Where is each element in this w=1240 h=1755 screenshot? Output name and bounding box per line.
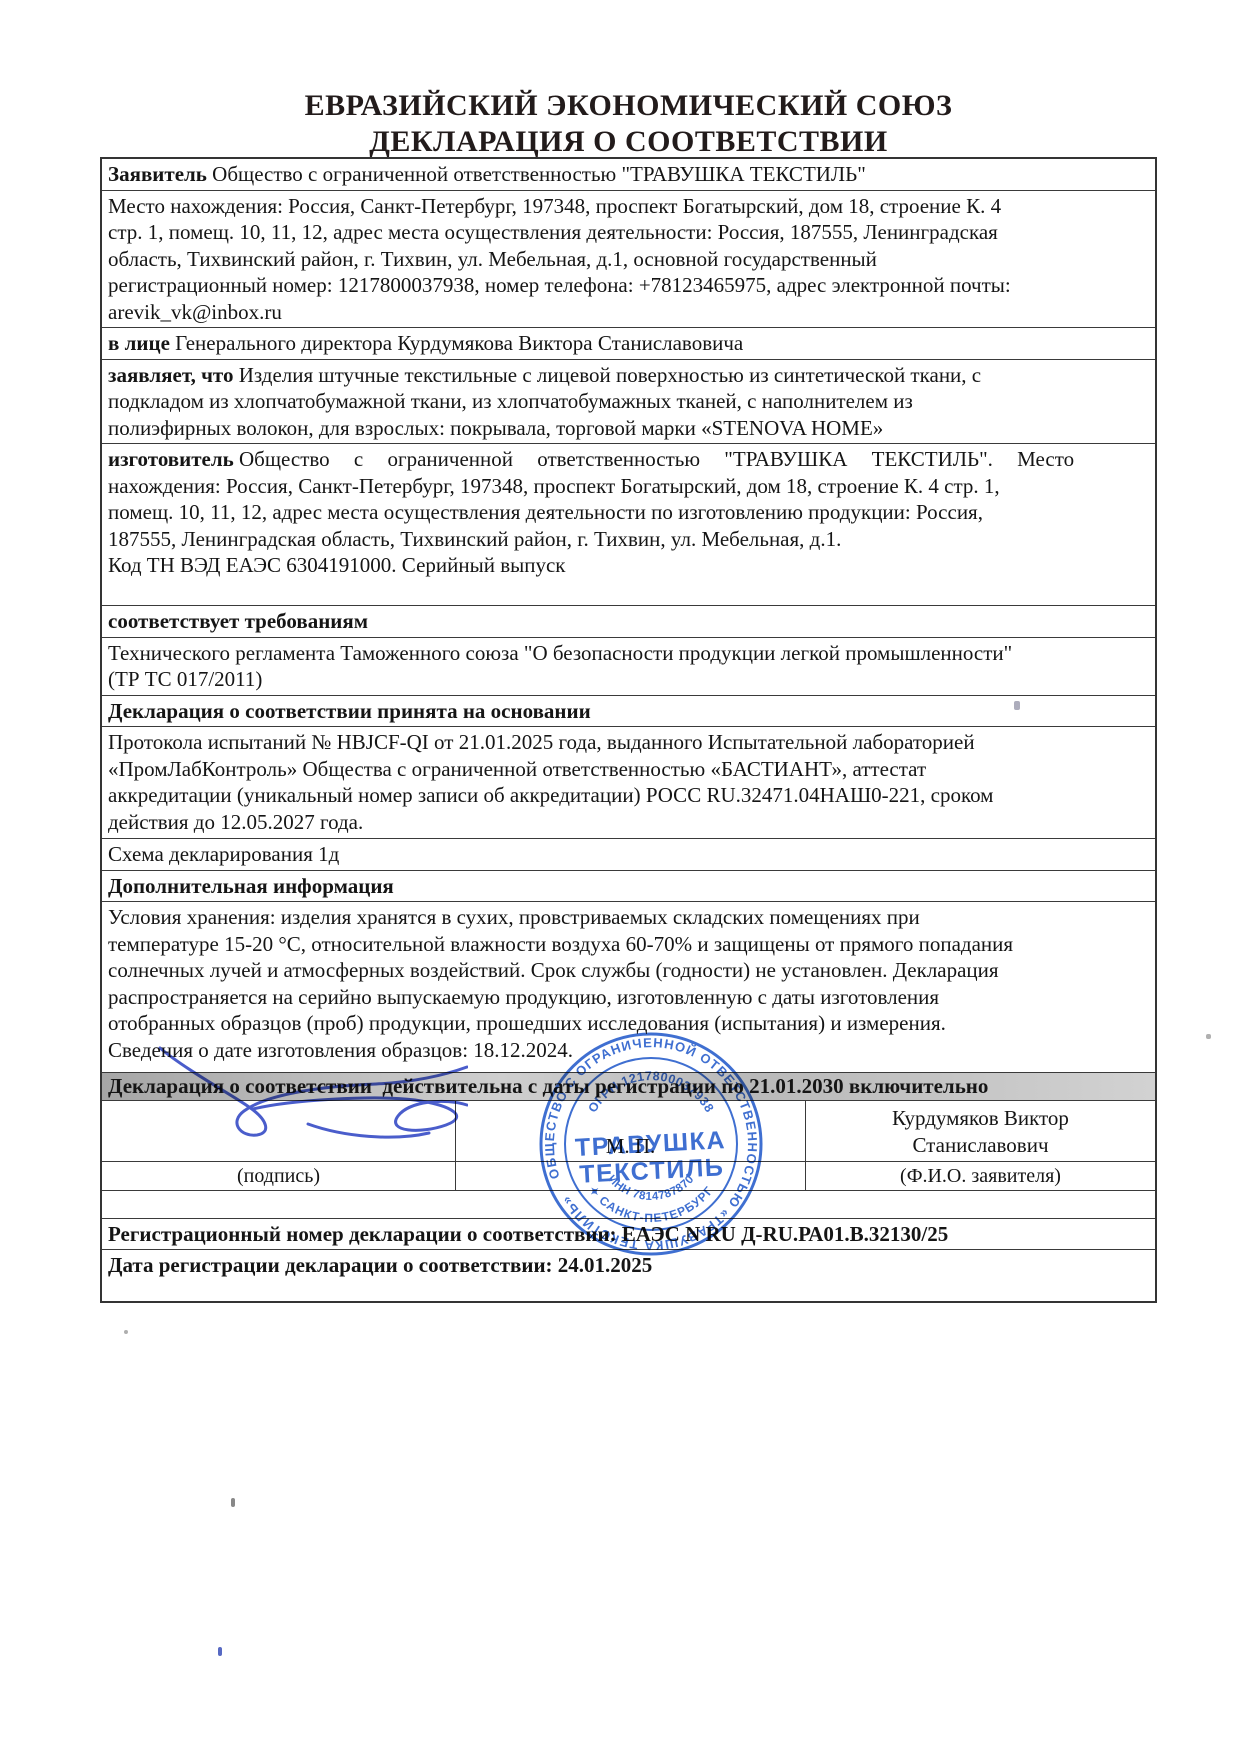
title-line-union: ЕВРАЗИЙСКИЙ ЭКОНОМИЧЕСКИЙ СОЮЗ (100, 88, 1157, 124)
manufacturer-label: изготовитель (108, 447, 234, 471)
row-complies-heading: соответствует требованиям (102, 605, 1155, 637)
declarant-name: Курдумяков Виктор Станиславович (892, 1106, 1069, 1157)
represented-by-value: Генерального директора Курдумякова Викто… (175, 331, 743, 355)
manufacturer-line1: Общество с ограниченной ответственностью… (239, 447, 1074, 471)
company-stamp: ОБЩЕСТВО С ОГРАНИЧЕННОЙ ОТВЕТСТВЕННОСТЬЮ… (521, 1014, 781, 1274)
scanned-declaration-page: ЕВРАЗИЙСКИЙ ЭКОНОМИЧЕСКИЙ СОЮЗ ДЕКЛАРАЦИ… (0, 0, 1240, 1755)
row-basis-heading: Декларация о соответствии принята на осн… (102, 695, 1155, 727)
scan-speck (124, 1330, 128, 1334)
represented-by-label: в лице (108, 331, 170, 355)
row-declares-that: заявляет, что Изделия штучные текстильны… (102, 359, 1155, 444)
test-protocol-text: Протокола испытаний № HBJCF-QI от 21.01.… (108, 730, 993, 834)
scan-speck (218, 1647, 222, 1656)
scan-speck (231, 1498, 235, 1507)
applicant-address-text: Место нахождения: Россия, Санкт-Петербур… (108, 194, 1011, 324)
row-test-protocol: Протокола испытаний № HBJCF-QI от 21.01.… (102, 726, 1155, 838)
declares-label: заявляет, что (108, 363, 233, 387)
declarant-name-label-cell: (Ф.И.О. заявителя) (805, 1162, 1155, 1190)
scan-speck (1014, 701, 1020, 710)
document-title: ЕВРАЗИЙСКИЙ ЭКОНОМИЧЕСКИЙ СОЮЗ ДЕКЛАРАЦИ… (100, 88, 1157, 160)
declarant-name-label: (Ф.И.О. заявителя) (900, 1165, 1061, 1187)
technical-regulation-text: Технического регламента Таможенного союз… (108, 641, 1012, 692)
title-line-declaration: ДЕКЛАРАЦИЯ О СООТВЕТСТВИИ (100, 124, 1157, 160)
signature-label-cell: (подпись) (102, 1162, 455, 1190)
scan-speck (1206, 1034, 1211, 1039)
manufacturer-address: нахождения: Россия, Санкт-Петербург, 197… (108, 474, 1000, 551)
signature-strokes (160, 1048, 467, 1137)
row-applicant: Заявитель Общество с ограниченной ответс… (102, 159, 1155, 190)
row-declaration-scheme: Схема декларирования 1д (102, 838, 1155, 870)
signature-label: (подпись) (237, 1165, 320, 1187)
stamp-city-text: ✦ САНКТ-ПЕТЕРБУРГ (586, 1183, 717, 1225)
stamp-ogrn-text: ОГРН 1217800037938 (585, 1069, 716, 1115)
applicant-label: Заявитель (108, 162, 207, 186)
complies-heading: соответствует требованиям (108, 609, 368, 633)
row-technical-regulation: Технического регламента Таможенного союз… (102, 637, 1155, 695)
declarant-name-cell: Курдумяков Виктор Станиславович (805, 1101, 1155, 1161)
row-represented-by: в лице Генерального директора Курдумяков… (102, 327, 1155, 359)
declares-text: Изделия штучные текстильные с лицевой по… (108, 363, 981, 440)
handwritten-signature (118, 1040, 468, 1145)
basis-heading: Декларация о соответствии принята на осн… (108, 699, 591, 723)
stamp-center-text: ТРАВУШКА ТЕКСТИЛЬ (574, 1126, 728, 1189)
declaration-scheme-text: Схема декларирования 1д (108, 842, 339, 866)
applicant-value: Общество с ограниченной ответственностью… (212, 162, 866, 186)
tnved-code: Код ТН ВЭД ЕАЭС 6304191000. Серийный вып… (108, 552, 1147, 579)
row-additional-info-heading: Дополнительная информация (102, 870, 1155, 902)
row-applicant-address: Место нахождения: Россия, Санкт-Петербур… (102, 190, 1155, 328)
row-manufacturer: изготовитель Общество с ограниченной отв… (102, 443, 1155, 605)
additional-info-heading: Дополнительная информация (108, 874, 394, 898)
